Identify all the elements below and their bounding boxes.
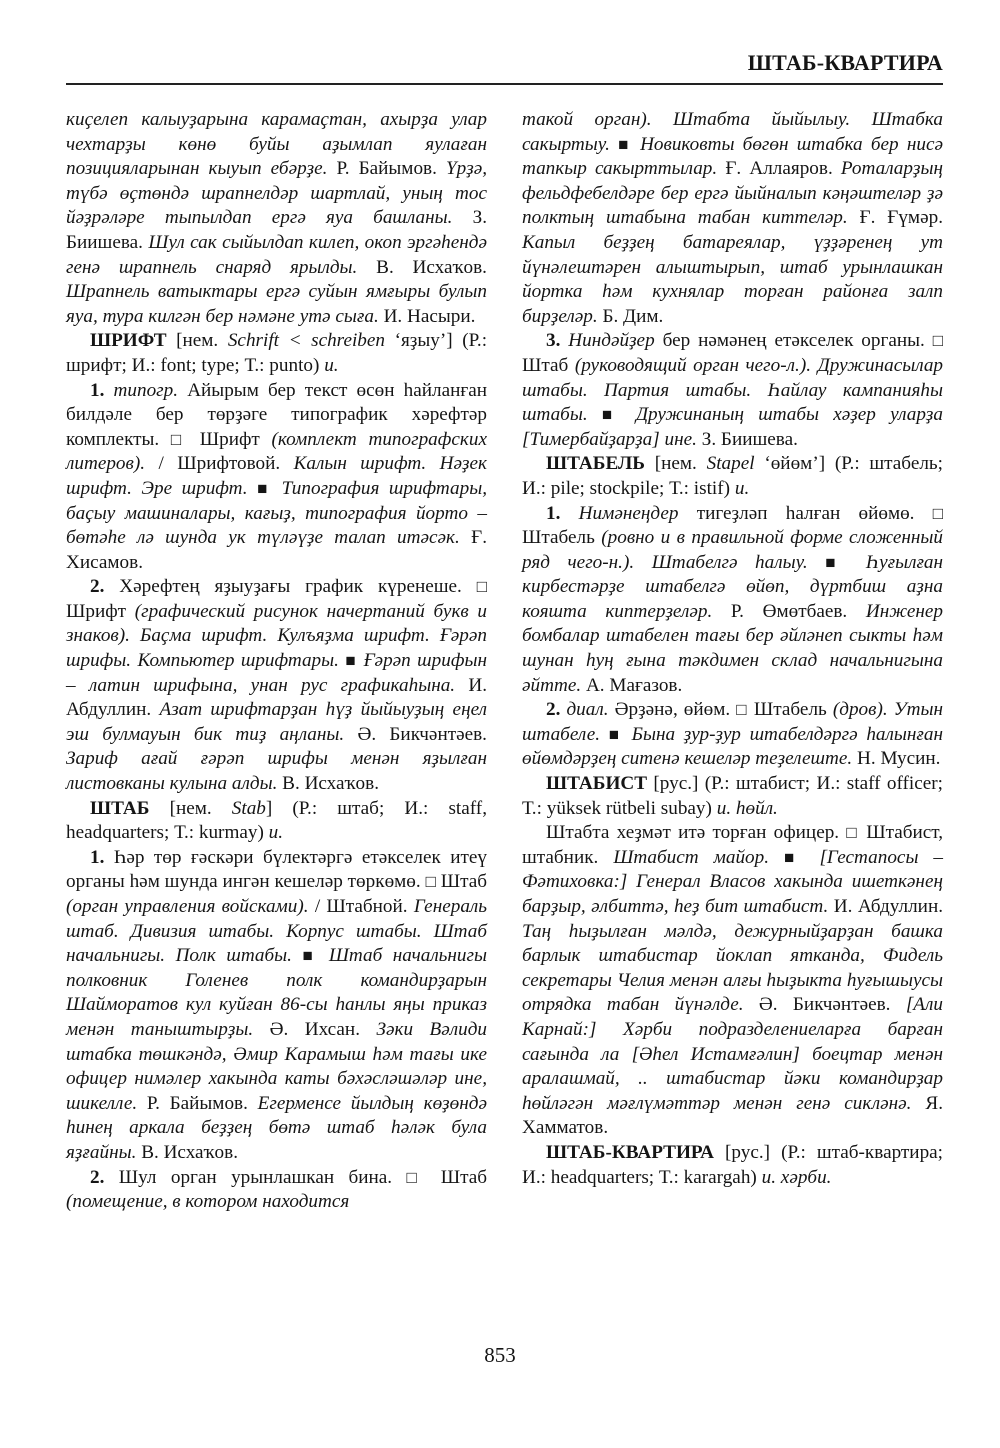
etymology-close: ] (266, 798, 272, 819)
empty-square-icon: □ (426, 872, 436, 891)
sense-3: 3. Ниндәйҙер бер нәмәнең етәкселек орган… (522, 329, 943, 452)
sense-2: 2. диал. Әрҙәнә, өйөм. □ Штабель (дров).… (522, 698, 943, 772)
quote-author: Р. Байымов. (147, 1093, 248, 1114)
sense-1: 1. Һәр төр ғәскәри бүлектәргә етәкселек … (66, 846, 487, 1166)
usage-label: хәрби. (781, 1167, 832, 1188)
quote-author: Ғ. Аллаяров. (725, 158, 832, 179)
russian-equivalent: Шрифт (200, 429, 260, 450)
definition: Хәрефтең яҙыуҙағы график күренеше. (119, 576, 462, 597)
quote-author: Н. Мусин. (857, 748, 940, 769)
left-column: киҫелеп калыуҙарына карамаҫтан, ахырҙа у… (66, 108, 487, 1215)
part-of-speech: и. (735, 478, 749, 499)
empty-square-icon: □ (171, 430, 188, 449)
quote-author: А. Мағазов. (586, 675, 682, 696)
quote-author: Ә. Бикчәнтәев. (759, 994, 891, 1015)
sense-number: 1. (90, 847, 104, 868)
derivative: / Штабной. (315, 896, 408, 917)
etymology-label: [нем. (655, 453, 697, 474)
continued-sense: такой орган). Штабта йыйылыу. Штабка сак… (522, 108, 943, 329)
definition: Штабта хеҙмәт итә торған офицер. (546, 822, 839, 843)
sense-1: 1. Нимәнеңдер тигеҙләп һалған өйөмө. □ Ш… (522, 502, 943, 699)
etymology: [рус.] (653, 773, 698, 794)
russian-gloss: (помещение, в котором находится (66, 1191, 349, 1212)
etymology-gloss: ‘өйөм’] (764, 453, 825, 474)
quote-author: Р. Өмөтбаев. (731, 601, 847, 622)
filled-square-icon: ■ (345, 651, 357, 670)
continued-entry-text: киҫелеп калыуҙарына карамаҫтан, ахырҙа у… (66, 108, 487, 329)
empty-square-icon: □ (933, 331, 943, 350)
russian-equivalent: Штабель (522, 527, 595, 548)
quote-author: Ә. Бикчәнтәев. (357, 724, 487, 745)
russian-gloss: (орган управления войсками). (66, 896, 309, 917)
quote-author: Б. Дим. (602, 306, 663, 327)
empty-square-icon: □ (736, 700, 748, 719)
sense-number: 1. (546, 503, 560, 524)
sense-number: 1. (90, 380, 104, 401)
usage-label: типогр. (114, 380, 179, 401)
russian-equivalent: Штаб (522, 355, 568, 376)
entry-shtabel: ШТАБЕЛЬ [нем. Stapel ‘өйөм’] (Р.: штабел… (522, 452, 943, 501)
filled-square-icon: ■ (618, 135, 632, 154)
empty-square-icon: □ (477, 577, 487, 596)
quote-author: В. Исхаҡов. (282, 773, 379, 794)
empty-square-icon: □ (407, 1168, 427, 1187)
entry-shrift: ШРИФТ [нем. Schrift < schreiben ‘яҙыу’] … (66, 329, 487, 378)
definition: Һәр төр ғәскәри бүлектәргә етәкселек ите… (66, 847, 487, 893)
sense-main: Штабта хеҙмәт итә торған офицер. □ Штаби… (522, 821, 943, 1141)
filled-square-icon: ■ (302, 946, 318, 965)
definition: бер нәмәнең етәкселек органы. (663, 330, 925, 351)
russian-equivalent: Штаб (441, 871, 487, 892)
empty-square-icon: □ (933, 504, 943, 523)
filled-square-icon: ■ (609, 725, 623, 744)
sense-number: 2. (546, 699, 560, 720)
part-of-speech: и. (269, 822, 283, 843)
quote-author: В. Исхаҡов. (376, 257, 487, 278)
etymology-word: Stapel (707, 453, 755, 474)
headword: ШТАБ-КВАРТИРА (546, 1142, 714, 1163)
russian-gloss: (руководящий орган чего-л.). (575, 355, 811, 376)
empty-square-icon: □ (846, 823, 859, 842)
russian-gloss: (дров). (833, 699, 888, 720)
quote-author: Ғ. Ғүмәр. (860, 207, 943, 228)
quote-author: В. Исхаҡов. (141, 1142, 238, 1163)
quote: Зариф ағай ғәрәп шрифы менән яҙылған лис… (66, 748, 487, 794)
etymology-gloss: ‘яҙыу’] (395, 330, 453, 351)
quote-author: И. Абдуллин. (834, 896, 943, 917)
header-rule (66, 83, 943, 85)
part-of-speech: и. (324, 355, 338, 376)
russian-gloss: такой орган). (522, 109, 652, 130)
filled-square-icon: ■ (257, 479, 272, 498)
sense-2: 2. Хәрефтең яҙыуҙағы график күренеше. □ … (66, 575, 487, 796)
russian-equivalent: Штаб (441, 1167, 487, 1188)
entry-shtab-kvartira: ШТАБ-КВАРТИРА [рус.] (Р.: штаб-квартира;… (522, 1141, 943, 1190)
phrases: Штабелгә һалыу. (652, 552, 808, 573)
part-of-speech: и. (762, 1167, 776, 1188)
etymology-word: Stab (232, 798, 266, 819)
derivative: / Шрифтовой. (158, 453, 280, 474)
sense-2: 2. Шул орган урынлашкан бина. □ Штаб (по… (66, 1166, 487, 1215)
phrases: Штабист майор. (613, 847, 769, 868)
etymology-label: [нем. (176, 330, 218, 351)
etymology: [рус.] (725, 1142, 770, 1163)
usage-label: Нимәнеңдер (579, 503, 679, 524)
russian-equivalent: Шрифт (66, 601, 126, 622)
usage-label: Ниндәйҙер (568, 330, 654, 351)
filled-square-icon: ■ (825, 553, 848, 572)
headword: ШРИФТ (90, 330, 167, 351)
running-head: ШТАБ-КВАРТИРА (748, 50, 943, 76)
sense-number: 2. (90, 1167, 104, 1188)
page-number: 853 (0, 1343, 1000, 1368)
etymology-label: [нем. (170, 798, 212, 819)
usage-label: диал. (566, 699, 608, 720)
definition: тигеҙләп һалған өйөмө. (697, 503, 915, 524)
filled-square-icon: ■ (602, 405, 622, 424)
definition: Әрҙәнә, өйөм. (615, 699, 731, 720)
quote: Капыл беҙҙең батареялар, үҙҙәренең ут йү… (522, 232, 943, 327)
headword: ШТАБЕЛЬ (546, 453, 645, 474)
sense-number: 3. (546, 330, 560, 351)
quote-author: Р. Байымов. (337, 158, 437, 179)
quote-author: И. Насыри. (384, 306, 476, 327)
quote-author: Ә. Ихсан. (270, 1019, 360, 1040)
quote-author: З. Биишева. (702, 429, 798, 450)
right-column: такой орган). Штабта йыйылыу. Штабка сак… (522, 108, 943, 1190)
part-of-speech: и. һөйл. (717, 798, 778, 819)
sense-number: 2. (90, 576, 104, 597)
etymology-word: Schrift < schreiben (228, 330, 385, 351)
headword: ШТАБИСТ (546, 773, 647, 794)
definition: Шул орган урынлашкан бина. (119, 1167, 392, 1188)
russian-equivalent: Штабель (754, 699, 827, 720)
sense-1: 1. типогр. Айырым бер текст өсөн һайланғ… (66, 379, 487, 576)
entry-shtabist: ШТАБИСТ [рус.] (Р.: штабист; И.: staff o… (522, 772, 943, 821)
headword: ШТАБ (90, 798, 149, 819)
entry-shtab: ШТАБ [нем. Stab] (Р.: штаб; И.: staff, h… (66, 797, 487, 846)
filled-square-icon: ■ (784, 848, 804, 867)
